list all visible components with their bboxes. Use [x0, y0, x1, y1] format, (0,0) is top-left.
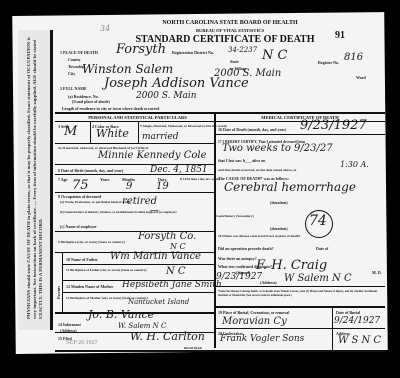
city-label: City	[68, 71, 75, 76]
corner-note: 34	[100, 24, 110, 33]
marital-value: married	[142, 132, 178, 142]
date-of-death-label: 16 Date of Death (month, day, and year)	[218, 127, 286, 132]
instruction-stub: PHYSICIANS should state CAUSE OF DEATH i…	[18, 30, 50, 330]
dob-label: 6 Date of Birth (month, day, and year)	[58, 168, 123, 173]
state-value: N C	[262, 48, 287, 63]
cause-value: Cerebral hemorrhage	[224, 180, 356, 194]
age-label: 7 Age	[58, 177, 67, 182]
father-label: 10 Name of Father	[66, 257, 98, 262]
mother-birthplace-value: Nantucket Island	[128, 298, 189, 306]
divider	[55, 112, 385, 114]
industry-label: (b) General nature of industry, business…	[60, 210, 177, 214]
birthplace-value: Forsyth Co.	[138, 231, 196, 242]
last-seen-label: that I last saw h___ alive on	[218, 158, 265, 163]
residence-value: 2000 S. Main	[136, 91, 197, 101]
certificate-content: PHYSICIANS should state CAUSE OF DEATH i…	[0, 0, 400, 378]
physician-signature: F. H. Craig	[256, 258, 327, 273]
mother-value: Hepsibeth Jane Smith	[122, 280, 222, 290]
father-birthplace-value: N C	[166, 266, 186, 277]
divider	[215, 328, 385, 329]
divider	[55, 192, 215, 193]
divider	[55, 143, 215, 144]
age-years: 75	[72, 178, 89, 193]
sex-value: M	[64, 124, 77, 139]
divider	[215, 286, 385, 287]
birthplace-state: N C	[170, 242, 186, 251]
physician-address: W Salem N C	[284, 273, 352, 284]
spouse-value: Minnie Kennedy Cole	[98, 150, 207, 161]
registrar-signature: W. H. Carlton	[130, 330, 205, 343]
registration-number: 34-2237	[228, 46, 257, 54]
divider	[62, 292, 215, 293]
divider	[215, 306, 385, 308]
operation-label: Did an operation precede death?	[218, 246, 274, 251]
divider	[138, 121, 139, 143]
parents-label: Parents	[56, 286, 61, 299]
contributory-label: Contributory (Secondary)	[216, 214, 254, 218]
date-of-death-value: 9/23/1927	[300, 118, 367, 133]
signed-date: 9/23/1927	[216, 272, 262, 282]
cause-footnote: *State the Disease Causing Death, or in …	[218, 290, 382, 297]
industry-value: —	[150, 206, 159, 216]
registration-label: Registration District No.	[172, 50, 214, 55]
divider	[62, 264, 215, 265]
birthplace-label: 9 Birthplace (city or town) (State or co…	[58, 240, 125, 244]
full-name-value: Joseph Addison Vance	[104, 76, 249, 91]
county-label: County	[68, 57, 81, 62]
filed-stamp: SEP 26 1927	[66, 340, 98, 346]
informant-value: Jo. B. Vance	[88, 308, 154, 321]
color-value: White	[96, 127, 129, 140]
death-time-label: and that death occurred, on the date sta…	[218, 168, 296, 172]
burial-date-value: 9/24/1927	[334, 316, 380, 326]
length-of-residence-label: Length of residence in city or town wher…	[62, 106, 159, 111]
full-name-label: 2 FULL NAME	[60, 86, 87, 91]
bottom-border	[55, 350, 385, 352]
date-of-label: Date of	[316, 246, 328, 251]
divider	[215, 134, 385, 135]
burial-date-label: Date of Burial	[336, 310, 360, 315]
divider	[62, 252, 63, 312]
circled-value: 74	[309, 213, 327, 229]
county-value: Forsyth	[116, 42, 166, 57]
bureau-title: BUREAU OF VITAL STATISTICS	[150, 28, 310, 33]
age-days: 19	[156, 181, 169, 192]
divider	[55, 174, 215, 175]
md-label: M. D.	[372, 270, 382, 275]
personal-section-title: PERSONAL AND STATISTICAL PARTICULARS	[60, 115, 215, 120]
register-number: 816	[344, 52, 363, 63]
father-birthplace-label: 11 Birthplace of Father (city or town) (…	[66, 268, 147, 272]
register-label: Register No.	[318, 60, 339, 65]
employer-label: (c) Name of employer	[60, 224, 97, 229]
agency-title: NORTH CAROLINA STATE BOARD OF HEALTH	[140, 20, 320, 26]
informant-address: W. Salem N C	[118, 322, 166, 330]
undertaker-value: Frank Vogler Sons	[220, 334, 304, 344]
duration-label: (duration)	[270, 200, 288, 205]
stub-instructions: PHYSICIANS should state CAUSE OF DEATH i…	[26, 29, 44, 319]
burial-place-label: 19 Place of Burial, Cremation, or remova…	[218, 310, 289, 315]
age-months: 9	[126, 181, 132, 192]
occupation-label: 8 Occupation of deceased	[58, 194, 101, 199]
less-than-day-label: If LESS than 1 day, hrs. or min.	[180, 177, 221, 181]
burial-place-value: Moravian Cy	[222, 316, 287, 327]
attended-value: Two weeks to 9/23/27	[222, 143, 333, 154]
duration-label-2: (duration)	[270, 226, 288, 231]
marital-label: 5 Single, Married, Widowed, or Divorced …	[140, 124, 227, 128]
mother-label: 12 Maiden Name of Mother	[66, 284, 113, 289]
disease-place-label: 18 Where was disease contracted if not a…	[218, 234, 300, 238]
state-label: State	[230, 59, 239, 64]
physician-address-label: (Address)	[260, 280, 277, 285]
stub-divider	[50, 30, 53, 330]
father-value: Wm Martin Vance	[110, 251, 201, 262]
death-time-value: 1:30 A.	[340, 160, 369, 169]
trade-label: (a) Trade, Profession, or particular kin…	[60, 200, 130, 204]
residence-sublabel: (Usual place of abode)	[72, 99, 110, 104]
divider	[90, 121, 91, 143]
place-of-death-label: 1 PLACE OF DEATH	[60, 50, 98, 55]
informant-label: 14 Informant	[58, 322, 81, 327]
city-value: Winston Salem	[82, 62, 173, 76]
autopsy-label: Was there an autopsy?	[218, 256, 257, 261]
undertaker-address: W S N C	[338, 335, 381, 346]
years-label: Years	[100, 177, 110, 182]
page-number: 91	[330, 30, 350, 41]
ward-label: Ward	[356, 75, 366, 80]
